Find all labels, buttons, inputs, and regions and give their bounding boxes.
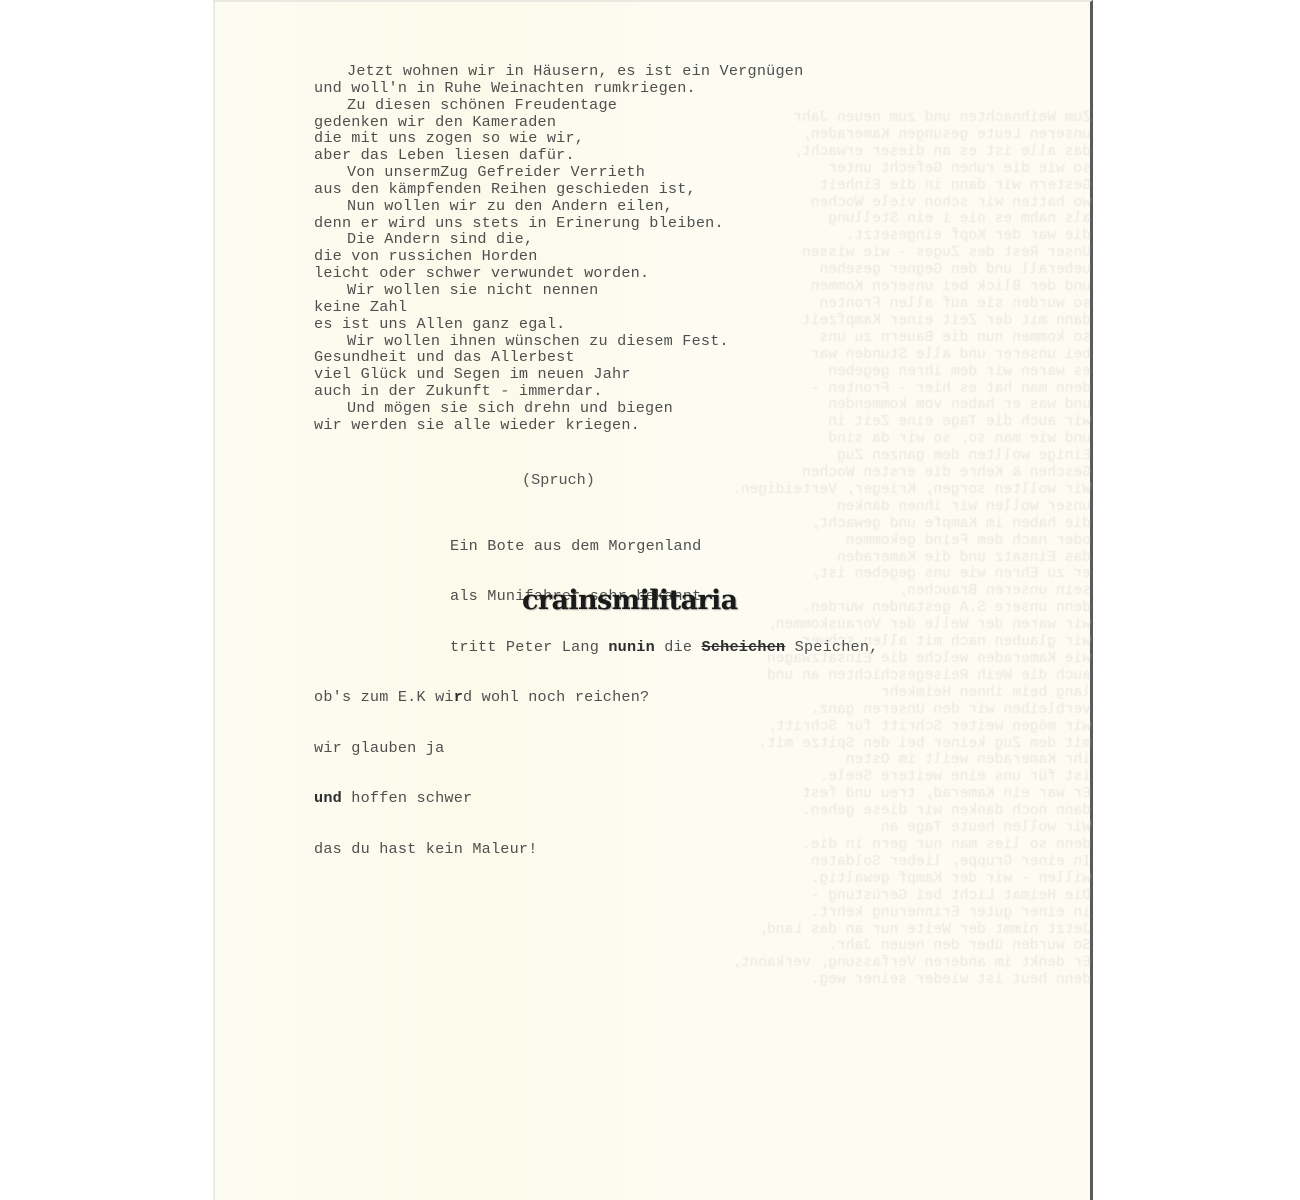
poem-line: Zu diesen schönen Freudentage: [314, 97, 803, 114]
poem-line: Wir wollen sie nicht nennen: [314, 282, 803, 299]
poem-line: aber das Leben liesen dafür.: [314, 147, 803, 164]
overtyped-correction: und: [314, 789, 342, 807]
spruch-text: d wohl noch reichen?: [463, 688, 649, 706]
spruch-line: wir glauben ja: [314, 740, 878, 757]
poem-line: keine Zahl: [314, 299, 803, 316]
spruch-text: die: [655, 638, 702, 656]
spruch-line: tritt Peter Lang nunin die Scheichen Spe…: [314, 639, 878, 656]
seller-watermark: crainsmilitaria: [522, 585, 738, 616]
poem-line: leicht oder schwer verwundet worden.: [314, 265, 803, 282]
spruch-line: Ein Bote aus dem Morgenland: [314, 538, 878, 555]
poem-line: die mit uns zogen so wie wir,: [314, 130, 803, 147]
poem-body: Jetzt wohnen wir in Häusern, es ist ein …: [314, 63, 803, 434]
struck-out-word: Scheichen: [702, 638, 786, 656]
poem-line: wir werden sie alle wieder kriegen.: [314, 417, 803, 434]
spruch-text: hoffen schwer: [342, 789, 472, 807]
poem-line: Die Andern sind die,: [314, 231, 803, 248]
poem-line: Wir wollen ihnen wünschen zu diesem Fest…: [314, 333, 803, 350]
poem-line: Nun wollen wir zu den Andern eilen,: [314, 198, 803, 215]
spruch-line: ob's zum E.K wird wohl noch reichen?: [314, 689, 878, 706]
poem-line: Jetzt wohnen wir in Häusern, es ist ein …: [314, 63, 803, 80]
poem-line: Von unsermZug Gefreider Verrieth: [314, 164, 803, 181]
spruch-verse: Ein Bote aus dem Morgenland als Munifahr…: [314, 504, 878, 875]
spruch-line: das du hast kein Maleur!: [314, 841, 878, 858]
spruch-text: tritt Peter Lang: [450, 638, 608, 656]
overtyped-correction: r: [454, 688, 463, 706]
poem-line: auch in der Zukunft - immerdar.: [314, 383, 803, 400]
spruch-line: und hoffen schwer: [314, 790, 878, 807]
poem-line: Gesundheit und das Allerbest: [314, 349, 803, 366]
poem-line: und woll'n in Ruhe Weinachten rumkriegen…: [314, 80, 803, 97]
poem-line: denn er wird uns stets in Erinerung blei…: [314, 215, 803, 232]
spruch-text: Speichen,: [785, 638, 878, 656]
spruch-heading: (Spruch): [522, 471, 595, 489]
overtyped-correction: nunin: [608, 638, 655, 656]
poem-line: aus den kämpfenden Reihen geschieden ist…: [314, 181, 803, 198]
poem-line: Und mögen sie sich drehn und biegen: [314, 400, 803, 417]
poem-line: viel Glück und Segen im neuen Jahr: [314, 366, 803, 383]
spruch-text: ob's zum E.K wi: [314, 688, 454, 706]
poem-line: es ist uns Allen ganz egal.: [314, 316, 803, 333]
poem-line: die von russichen Horden: [314, 248, 803, 265]
poem-line: gedenken wir den Kameraden: [314, 114, 803, 131]
